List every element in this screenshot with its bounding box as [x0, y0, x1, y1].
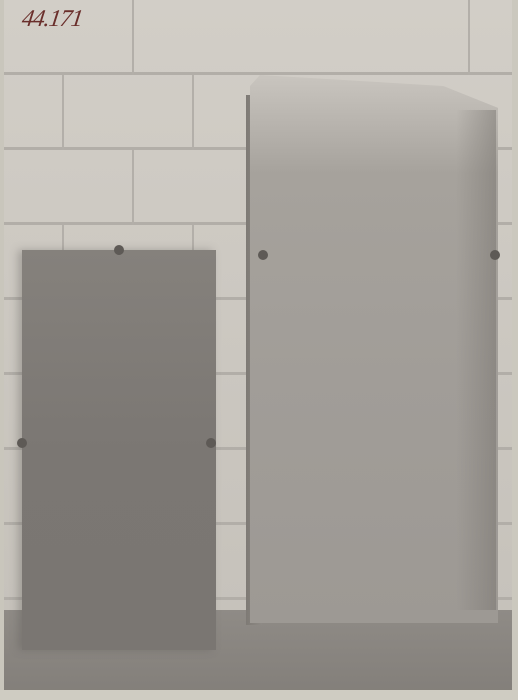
- clamp-icon: [114, 245, 124, 255]
- clamp-icon: [258, 250, 268, 260]
- clamp-icon: [490, 250, 500, 260]
- catalog-number: 44.171: [20, 6, 84, 33]
- mortar-line: [62, 225, 64, 250]
- mortar-line: [192, 75, 194, 150]
- mortar-line: [62, 75, 64, 150]
- mortar-line: [132, 150, 134, 225]
- clamp-icon: [206, 438, 216, 448]
- mortar-line: [192, 225, 194, 250]
- print-border: [0, 0, 4, 700]
- print-border: [512, 0, 518, 700]
- print-border: [0, 690, 518, 700]
- dark-stone-slab: [22, 250, 216, 650]
- photograph: 44.171: [0, 0, 518, 700]
- mortar-line: [468, 0, 470, 75]
- slab-shadow: [456, 110, 496, 610]
- clamp-icon: [17, 438, 27, 448]
- mortar-line: [132, 0, 134, 75]
